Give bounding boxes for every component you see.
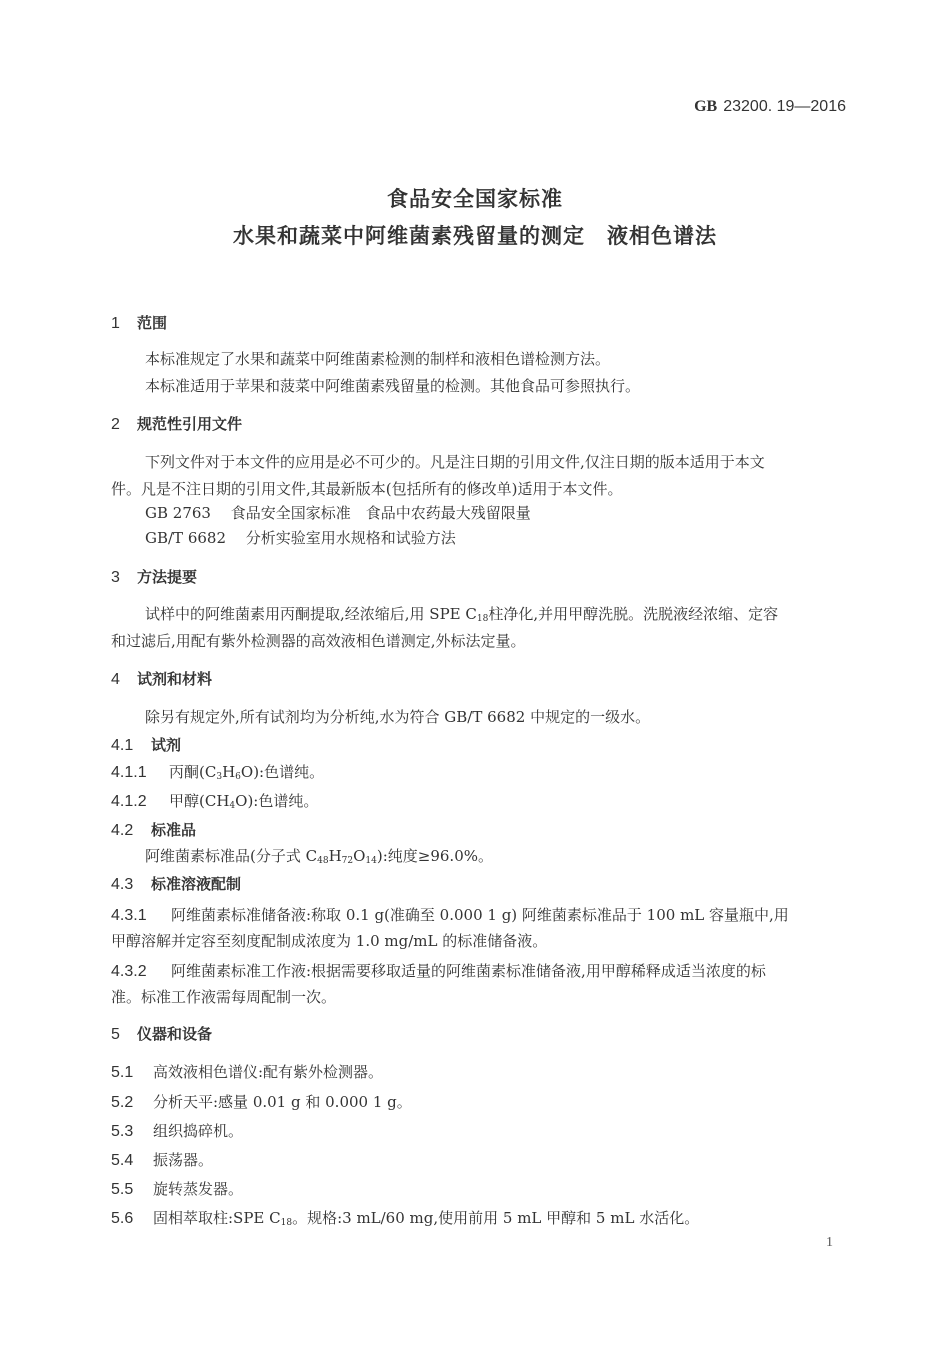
document-title-line1: 食品安全国家标准: [0, 183, 950, 213]
item-5-2: 5.2分析天平:感量 0.01 g 和 0.000 1 g。: [111, 1091, 412, 1112]
item-4-3-2-line2: 准。标准工作液需每周配制一次。: [111, 986, 336, 1007]
page-number: 1: [826, 1235, 833, 1251]
section-2-para-line2: 件。凡是不注日期的引用文件,其最新版本(包括所有的修改单)适用于本文件。: [111, 478, 622, 499]
document-title-line2: 水果和蔬菜中阿维菌素残留量的测定 液相色谱法: [0, 220, 950, 250]
section-1-para-1: 本标准规定了水果和蔬菜中阿维菌素检测的制样和液相色谱检测方法。: [145, 348, 610, 369]
section-1-heading: 1范围: [111, 312, 167, 333]
reference-gb2763: GB 2763 食品安全国家标准 食品中农药最大残留限量: [145, 502, 531, 523]
section-4-para: 除另有规定外,所有试剂均为分析纯,水为符合 GB/T 6682 中规定的一级水。: [145, 706, 650, 727]
item-4-3-1-line2: 甲醇溶解并定容至刻度配制成浓度为 1.0 mg/mL 的标准储备液。: [111, 930, 547, 951]
item-5-6: 5.6固相萃取柱:SPE C18。规格:3 mL/60 mg,使用前用 5 mL…: [111, 1207, 699, 1228]
section-3-heading: 3方法提要: [111, 566, 197, 587]
item-5-4: 5.4振荡器。: [111, 1149, 213, 1170]
item-4-1-2: 4.1.2甲醇(CH4O):色谱纯。: [111, 790, 318, 811]
item-5-1: 5.1高效液相色谱仪:配有紫外检测器。: [111, 1061, 383, 1082]
standard-number: GB23200. 19—2016: [694, 98, 846, 116]
item-4-1-1: 4.1.1丙酮(C3H6O):色谱纯。: [111, 761, 324, 782]
item-5-5: 5.5旋转蒸发器。: [111, 1178, 243, 1199]
section-5-heading: 5仪器和设备: [111, 1023, 212, 1044]
section-1-para-2: 本标准适用于苹果和菠菜中阿维菌素残留量的检测。其他食品可参照执行。: [145, 375, 640, 396]
section-2-para-line1: 下列文件对于本文件的应用是必不可少的。凡是注日期的引用文件,仅注日期的版本适用于…: [145, 451, 765, 472]
section-2-heading: 2规范性引用文件: [111, 413, 242, 434]
reference-gbt6682: GB/T 6682 分析实验室用水规格和试验方法: [145, 527, 456, 548]
section-3-para-line2: 和过滤后,用配有紫外检测器的高效液相色谱测定,外标法定量。: [111, 630, 526, 651]
item-4-3-1-line1: 4.3.1阿维菌素标准储备液:称取 0.1 g(准确至 0.000 1 g) 阿…: [111, 904, 789, 925]
section-4-1-heading: 4.1试剂: [111, 734, 181, 755]
item-5-3: 5.3组织捣碎机。: [111, 1120, 243, 1141]
section-3-para-line1: 试样中的阿维菌素用丙酮提取,经浓缩后,用 SPE C18柱净化,并用甲醇洗脱。洗…: [145, 603, 778, 624]
section-4-2-heading: 4.2标准品: [111, 819, 196, 840]
section-4-heading: 4试剂和材料: [111, 668, 212, 689]
section-4-2-para: 阿维菌素标准品(分子式 C48H72O14):纯度≥96.0%。: [145, 845, 493, 866]
item-4-3-2-line1: 4.3.2阿维菌素标准工作液:根据需要移取适量的阿维菌素标准储备液,用甲醇稀释成…: [111, 960, 766, 981]
section-4-3-heading: 4.3标准溶液配制: [111, 873, 241, 894]
